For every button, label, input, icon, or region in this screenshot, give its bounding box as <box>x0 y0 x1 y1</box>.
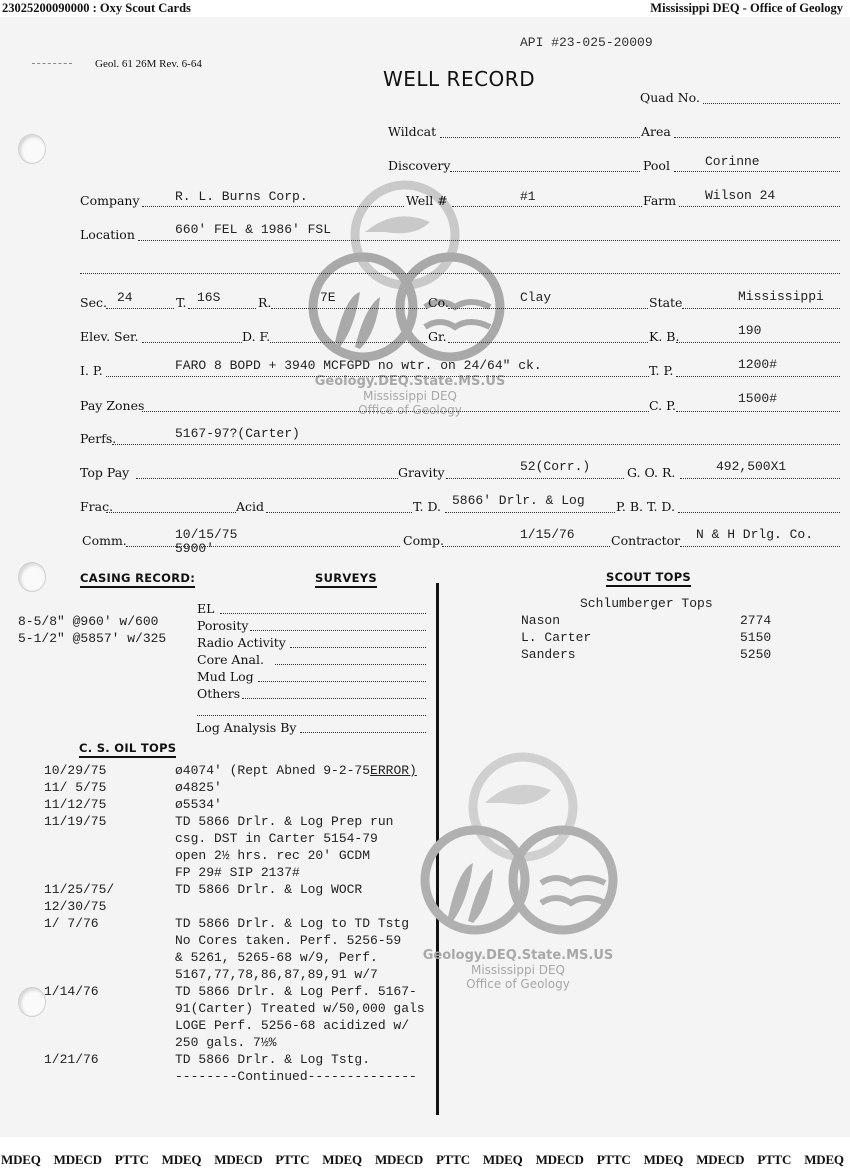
kb-field <box>676 342 840 343</box>
tp-value: 1200# <box>738 357 777 372</box>
wildcat-label: Wildcat <box>388 124 436 139</box>
comm-field <box>126 546 400 547</box>
oil-top-date: 10/29/75 <box>44 763 106 778</box>
oil-top-desc: 91(Carter) Treated w/50,000 gals <box>175 1001 425 1016</box>
elev-ser-field <box>142 342 242 343</box>
oil-top-date: 11/19/75 <box>44 814 106 829</box>
contractor-value: N & H Drlg. Co. <box>696 527 813 542</box>
oil-top-desc: TD 5866 Drlr. & Log Prep run <box>175 814 393 829</box>
pay-zones-label: Pay Zones <box>80 398 144 413</box>
oil-top-date: 11/25/75/ <box>44 882 114 897</box>
log-analysis-field <box>300 732 426 733</box>
footer-sponsor: MDEQ <box>322 1152 362 1168</box>
scout-tops-heading: SCOUT TOPS <box>606 570 691 587</box>
oil-top-desc: No Cores taken. Perf. 5256-59 <box>175 933 401 948</box>
error-note: ERROR) <box>370 763 417 778</box>
range-field <box>271 308 427 309</box>
township-label: T. <box>176 295 186 310</box>
farm-value: Wilson 24 <box>705 188 775 203</box>
range-value: 7E <box>320 290 336 305</box>
continued-note: --------Continued-------------- <box>175 1069 417 1084</box>
footer-sponsor: MDECD <box>54 1152 102 1168</box>
well-no-value: #1 <box>520 189 536 204</box>
comp-field <box>442 546 610 547</box>
oil-top-desc: TD 5866 Drlr. & Log Perf. 5167- <box>175 984 417 999</box>
casing-item: 5-1/2" @5857' w/325 <box>18 631 166 646</box>
watermark-agency: Mississippi DEQ <box>305 389 515 403</box>
comm-value-depth: 5900' <box>175 541 214 556</box>
range-label: R. <box>258 295 271 310</box>
survey-porosity-field <box>250 630 426 631</box>
survey-el-field <box>220 613 426 614</box>
oil-top-desc: open 2½ hrs. rec 20' GCDM <box>175 848 370 863</box>
scout-top-depth: 5150 <box>740 630 771 645</box>
wildcat-field <box>440 137 640 138</box>
oil-top-date: 11/ 5/75 <box>44 780 106 795</box>
footer-sponsor: MDECD <box>536 1152 584 1168</box>
survey-porosity-label: Porosity <box>197 618 248 633</box>
punch-hole <box>18 562 46 592</box>
oil-top-desc: TD 5866 Drlr. & Log WOCR <box>175 882 362 897</box>
survey-el-label: EL <box>197 601 214 616</box>
frac-field <box>106 512 236 513</box>
oil-top-desc: & 5261, 5265-68 w/9, Perf. <box>175 950 378 965</box>
td-field <box>445 512 615 513</box>
watermark-office: Office of Geology <box>305 403 515 417</box>
quad-no-field <box>703 103 840 104</box>
comp-label: Comp. <box>403 533 444 548</box>
perfs-field <box>112 444 840 445</box>
survey-core-field <box>275 664 426 665</box>
mdeq-watermark: Geology.DEQ.State.MS.US Mississippi DEQ … <box>413 745 623 985</box>
sec-value: 24 <box>117 290 133 305</box>
oil-top-desc: 250 gals. 7½% <box>175 1035 276 1050</box>
state-value: Mississippi <box>738 289 824 304</box>
acid-field <box>266 512 412 513</box>
oil-top-desc: FP 29# SIP 2137# <box>175 865 300 880</box>
survey-radio-label: Radio Activity <box>197 635 286 650</box>
pbtd-label: P. B. T. D. <box>616 499 675 514</box>
area-field <box>674 137 840 138</box>
surveys-heading: SURVEYS <box>315 571 377 588</box>
gravity-value: 52(Corr.) <box>520 459 590 474</box>
county-value: Clay <box>520 290 551 305</box>
scout-tops-subheading: Schlumberger Tops <box>580 596 713 611</box>
agency-title: Mississippi DEQ - Office of Geology <box>650 1 843 16</box>
oil-top-desc: 5167,77,78,86,87,89,91 w/7 <box>175 967 378 982</box>
survey-core-label: Core Anal. <box>197 652 264 667</box>
discovery-field <box>450 171 640 172</box>
ip-field <box>106 376 649 377</box>
sec-label: Sec. <box>80 295 107 310</box>
company-field <box>142 206 404 207</box>
td-value: 5866' Drlr. & Log <box>452 493 585 508</box>
tp-label: T. P. <box>649 363 673 378</box>
oil-top-desc: ø4074' (Rept Abned 9-2-75ERROR) <box>175 763 417 778</box>
kb-label: K. B. <box>649 329 679 344</box>
punch-hole <box>18 987 46 1017</box>
oil-top-desc: csg. DST in Carter 5154-79 <box>175 831 378 846</box>
pool-label: Pool <box>643 158 670 173</box>
well-no-field <box>452 206 642 207</box>
quad-no-label: Quad No. <box>640 90 700 105</box>
discovery-label: Discovery <box>388 158 450 173</box>
county-label: Co. <box>428 295 449 310</box>
oil-top-desc: LOGE Perf. 5256-68 acidized w/ <box>175 1018 409 1033</box>
farm-field <box>679 206 840 207</box>
footer-sponsor: MDEQ <box>162 1152 202 1168</box>
oil-top-date: 11/12/75 <box>44 797 106 812</box>
top-pay-field <box>136 478 398 479</box>
log-analysis-label: Log Analysis By <box>196 720 296 735</box>
tp-field <box>676 376 840 377</box>
farm-label: Farm <box>643 193 676 208</box>
perfs-value: 5167-97?(Carter) <box>175 426 300 441</box>
location-value: 660' FEL & 1986' FSL <box>175 222 331 237</box>
survey-mud-label: Mud Log <box>197 669 254 684</box>
gor-value: 492,500X1 <box>716 459 786 474</box>
pay-zones-field <box>142 411 649 412</box>
location-field <box>138 240 840 241</box>
state-label: State <box>649 295 682 310</box>
survey-radio-field <box>290 647 426 648</box>
watermark-agency: Mississippi DEQ <box>413 963 623 977</box>
oil-top-date: 1/14/76 <box>44 984 99 999</box>
perfs-label: Perfs. <box>80 431 116 446</box>
record-id-title: 23025200090000 : Oxy Scout Cards <box>2 1 191 16</box>
oil-top-date: 12/30/75 <box>44 899 106 914</box>
gr-label: Gr. <box>428 329 447 344</box>
cp-label: C. P. <box>649 398 676 413</box>
area-label: Area <box>641 124 671 139</box>
pool-value: Corinne <box>705 154 760 169</box>
cp-field <box>676 411 840 412</box>
footer-sponsor: MDEQ <box>1 1152 41 1168</box>
township-field <box>188 308 256 309</box>
footer-sponsor: PTTC <box>115 1152 149 1168</box>
kb-value: 190 <box>738 323 761 338</box>
location-field-line2 <box>80 273 840 274</box>
mdeq-watermark: Geology.DEQ.State.MS.US Mississippi DEQ … <box>305 177 515 417</box>
gor-label: G. O. R. <box>627 465 675 480</box>
comm-label: Comm. <box>82 533 127 548</box>
top-pay-label: Top Pay <box>80 465 129 480</box>
casing-item: 8-5/8" @960' w/600 <box>18 614 158 629</box>
pbtd-field <box>678 512 840 513</box>
column-divider <box>436 583 439 1115</box>
state-field <box>682 308 840 309</box>
pool-field <box>674 171 840 172</box>
well-no-label: Well # <box>406 193 448 208</box>
survey-blank-field <box>197 715 426 716</box>
sec-field <box>106 308 174 309</box>
gr-field <box>448 342 648 343</box>
contractor-field <box>680 546 840 547</box>
df-field <box>270 342 427 343</box>
company-value: R. L. Burns Corp. <box>175 189 308 204</box>
form-number: Geol. 61 26M Rev. 6-64 <box>95 58 202 70</box>
footer-sponsor: MDEQ <box>804 1152 844 1168</box>
punch-hole <box>18 134 46 164</box>
gravity-field <box>446 478 624 479</box>
survey-others-field <box>242 698 426 699</box>
scout-top-depth: 2774 <box>740 613 771 628</box>
watermark-url: Geology.DEQ.State.MS.US <box>413 948 623 963</box>
acid-label: Acid <box>236 499 264 514</box>
scan-mark <box>32 63 72 64</box>
survey-others-label: Others <box>197 686 240 701</box>
viewer-header: 23025200090000 : Oxy Scout Cards Mississ… <box>0 0 850 17</box>
scout-card: API #23-025-20009 Geol. 61 26M Rev. 6-64… <box>0 17 850 1137</box>
page-title: WELL RECORD <box>383 67 535 91</box>
township-value: 16S <box>197 290 220 305</box>
watermark-office: Office of Geology <box>413 977 623 991</box>
mdeq-logo-icon <box>413 745 623 945</box>
api-number: API #23-025-20009 <box>520 35 653 50</box>
footer-sponsor: MDECD <box>696 1152 744 1168</box>
footer-sponsor: MDEQ <box>644 1152 684 1168</box>
df-label: D. F. <box>242 329 270 344</box>
oil-top-date: 1/ 7/76 <box>44 916 99 931</box>
company-label: Company <box>80 193 140 208</box>
oil-top-desc: TD 5866 Drlr. & Log to TD Tstg <box>175 916 409 931</box>
gravity-label: Gravity <box>398 465 445 480</box>
footer-sponsor: PTTC <box>757 1152 791 1168</box>
oil-top-date: 1/21/76 <box>44 1052 99 1067</box>
footer-sponsor: PTTC <box>597 1152 631 1168</box>
comp-value: 1/15/76 <box>520 527 575 542</box>
footer-sponsors: MDEQMDECDPTTCMDEQMDECDPTTCMDEQMDECDPTTCM… <box>1 1152 850 1168</box>
county-field <box>448 308 648 309</box>
footer-sponsor: PTTC <box>436 1152 470 1168</box>
gor-field <box>680 478 840 479</box>
oil-top-desc: ø5534' <box>175 797 222 812</box>
scout-top-name: Sanders <box>521 647 576 662</box>
footer-sponsor: MDECD <box>375 1152 423 1168</box>
cp-value: 1500# <box>738 391 777 406</box>
ip-value: FARO 8 BOPD + 3940 MCFGPD no wtr. on 24/… <box>175 358 542 373</box>
footer-sponsor: MDECD <box>214 1152 262 1168</box>
casing-record-heading: CASING RECORD: <box>80 571 195 588</box>
cs-oil-tops-heading: C. S. OIL TOPS <box>79 741 176 758</box>
viewer-footer: MDEQMDECDPTTCMDEQMDECDPTTCMDEQMDECDPTTCM… <box>0 1150 850 1168</box>
ip-label: I. P. <box>80 363 103 378</box>
comm-value: 10/15/75 <box>175 527 237 542</box>
scout-top-name: L. Carter <box>521 630 591 645</box>
oil-top-desc: TD 5866 Drlr. & Log Tstg. <box>175 1052 370 1067</box>
location-label: Location <box>80 227 135 242</box>
scout-top-depth: 5250 <box>740 647 771 662</box>
contractor-label: Contractor <box>611 533 680 548</box>
oil-top-desc: ø4825' <box>175 780 222 795</box>
elev-ser-label: Elev. Ser. <box>80 329 139 344</box>
td-label: T. D. <box>413 499 441 514</box>
footer-sponsor: MDEQ <box>483 1152 523 1168</box>
footer-sponsor: PTTC <box>275 1152 309 1168</box>
scout-top-name: Nason <box>521 613 560 628</box>
survey-mud-field <box>258 681 426 682</box>
